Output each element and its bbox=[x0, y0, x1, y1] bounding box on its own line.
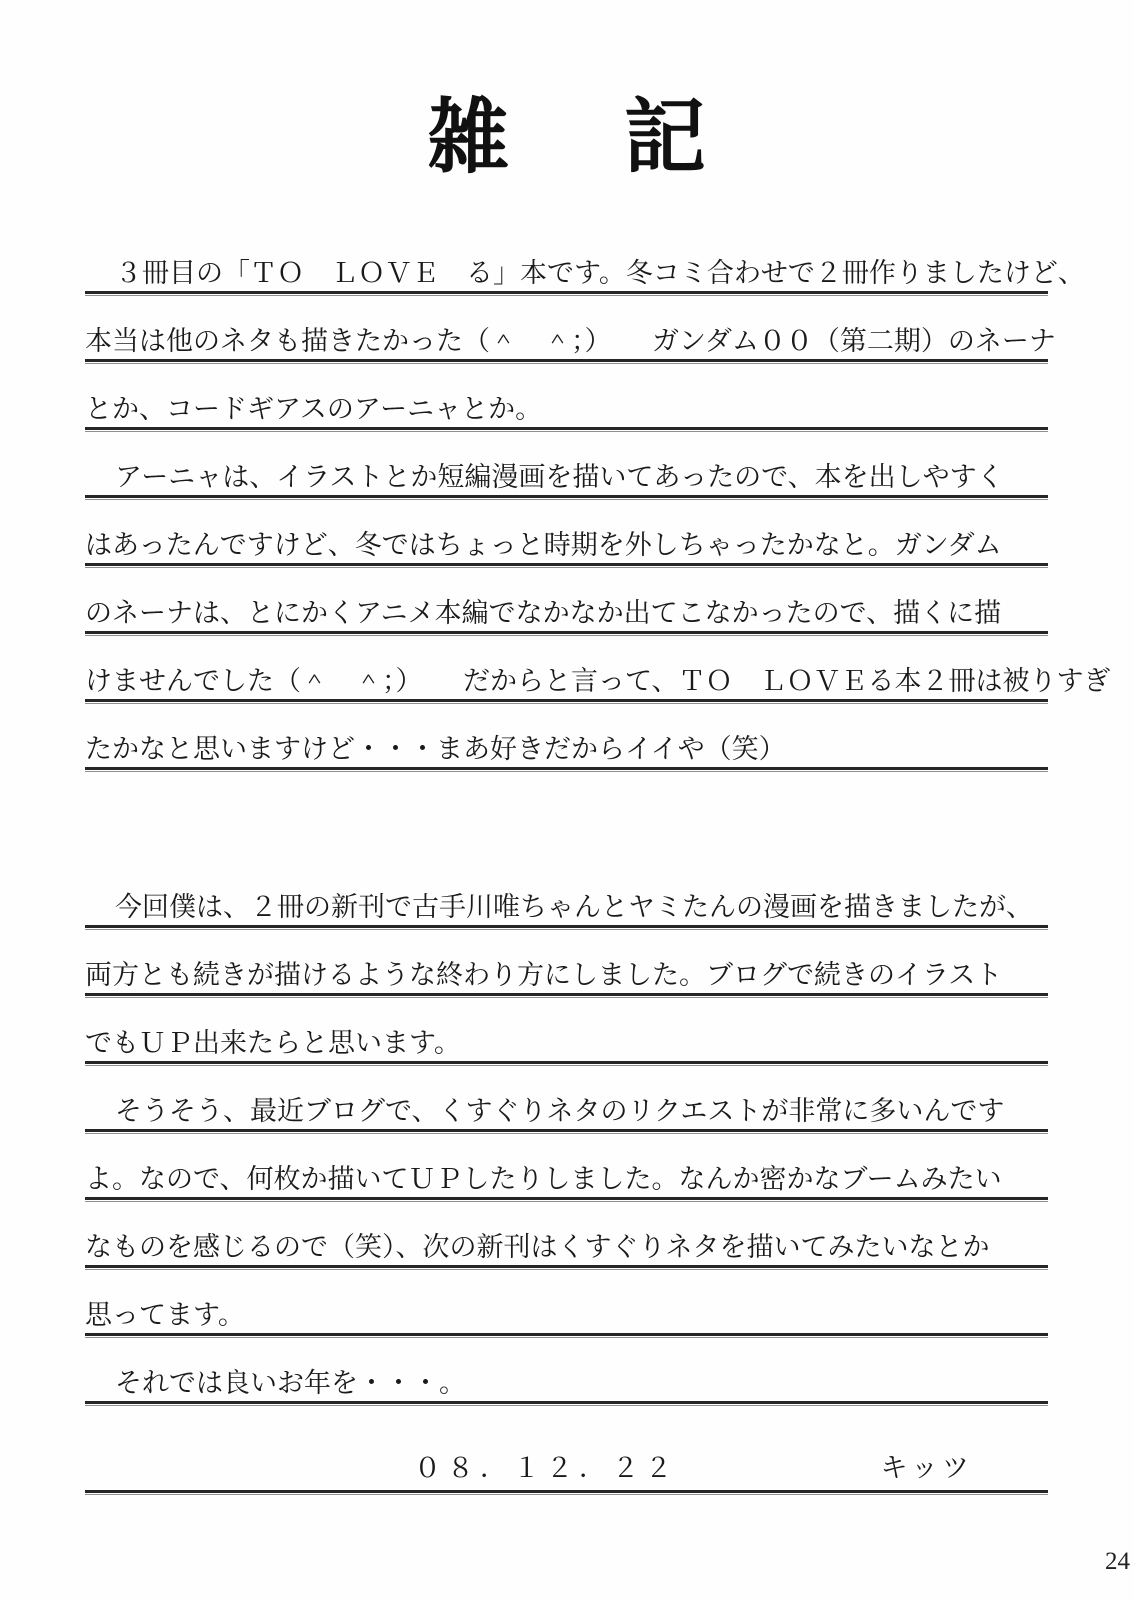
text-line-content: よ。なので、何枚か描いてＵＰしたりしました。なんか密かなブームみたい bbox=[85, 1166, 1002, 1193]
signature-row: ０８．１２．２２ キッツ bbox=[85, 1406, 1048, 1495]
text-line-content: アーニャは、イラストとか短編漫画を描いてあったので、本を出しやすく bbox=[85, 464, 1004, 491]
text-line: それでは良いお年を・・・。 bbox=[85, 1338, 1048, 1406]
text-line-content: とか、コードギアスのアーニャとか。 bbox=[85, 396, 542, 423]
text-line-content: はあったんですけど、冬ではちょっと時期を外しちゃったかなと。ガンダム bbox=[85, 532, 1002, 559]
text-line-content: ３冊目の「ＴＯ ＬＯＶＥ る」本です。冬コミ合わせで２冊作りましたけど、 bbox=[85, 260, 1085, 287]
text-line: よ。なので、何枚か描いてＵＰしたりしました。なんか密かなブームみたい bbox=[85, 1134, 1048, 1202]
text-line-content: でもＵＰ出来たらと思います。 bbox=[85, 1030, 461, 1057]
text-line: 思ってます。 bbox=[85, 1270, 1048, 1338]
signature-author: キッツ bbox=[881, 1446, 973, 1485]
text-line-content: けませんでした（＾ ＾；） だからと言って、ＴＯ ＬＯＶＥる本２冊は被りすぎ bbox=[85, 668, 1110, 695]
text-line: たかなと思いますけど・・・まあ好きだからイイや（笑） bbox=[85, 704, 1048, 772]
text-body: ３冊目の「ＴＯ ＬＯＶＥ る」本です。冬コミ合わせで２冊作りましたけど、 本当は… bbox=[85, 228, 1048, 1495]
text-line: のネーナは、とにかくアニメ本編でなかなか出てこなかったので、描くに描 bbox=[85, 568, 1048, 636]
text-line: 両方とも続きが描けるような終わり方にしました。ブログで続きのイラスト bbox=[85, 930, 1048, 998]
text-line-content: それでは良いお年を・・・。 bbox=[85, 1370, 466, 1397]
text-line: なものを感じるので（笑）、次の新刊はくすぐりネタを描いてみたいなとか bbox=[85, 1202, 1048, 1270]
text-line: 今回僕は、２冊の新刊で古手川唯ちゃんとヤミたんの漫画を描きましたが、 bbox=[85, 862, 1048, 930]
signature-date: ０８．１２．２２ bbox=[414, 1446, 678, 1485]
ruled-underline bbox=[85, 1490, 1048, 1495]
text-line-content: 今回僕は、２冊の新刊で古手川唯ちゃんとヤミたんの漫画を描きましたが、 bbox=[85, 894, 1033, 921]
page-number: 24 bbox=[1105, 1548, 1130, 1576]
text-line: ３冊目の「ＴＯ ＬＯＶＥ る」本です。冬コミ合わせで２冊作りましたけど、 bbox=[85, 228, 1048, 296]
text-line: けませんでした（＾ ＾；） だからと言って、ＴＯ ＬＯＶＥる本２冊は被りすぎ bbox=[85, 636, 1048, 704]
text-line-content: 思ってます。 bbox=[85, 1302, 245, 1329]
document-page: 雑 記 ３冊目の「ＴＯ ＬＯＶＥ る」本です。冬コミ合わせで２冊作りましたけど、… bbox=[0, 0, 1133, 1600]
text-line-content: たかなと思いますけど・・・まあ好きだからイイや（笑） bbox=[85, 736, 786, 763]
text-line: そうそう、最近ブログで、くすぐりネタのリクエストが非常に多いんです bbox=[85, 1066, 1048, 1134]
text-line-content: なものを感じるので（笑）、次の新刊はくすぐりネタを描いてみたいなとか bbox=[85, 1234, 990, 1261]
text-line: 本当は他のネタも描きたかった（＾ ＾；） ガンダム００（第二期）のネーナ bbox=[85, 296, 1048, 364]
text-line: とか、コードギアスのアーニャとか。 bbox=[85, 364, 1048, 432]
text-line-content: 両方とも続きが描けるような終わり方にしました。ブログで続きのイラスト bbox=[85, 962, 1002, 989]
ruled-underline bbox=[85, 767, 1048, 772]
page-title: 雑 記 bbox=[0, 72, 1133, 189]
text-line: はあったんですけど、冬ではちょっと時期を外しちゃったかなと。ガンダム bbox=[85, 500, 1048, 568]
text-line-content: そうそう、最近ブログで、くすぐりネタのリクエストが非常に多いんです bbox=[85, 1098, 1004, 1125]
text-line: でもＵＰ出来たらと思います。 bbox=[85, 998, 1048, 1066]
text-line: アーニャは、イラストとか短編漫画を描いてあったので、本を出しやすく bbox=[85, 432, 1048, 500]
text-line-content: のネーナは、とにかくアニメ本編でなかなか出てこなかったので、描くに描 bbox=[85, 600, 1001, 627]
text-line-content: 本当は他のネタも描きたかった（＾ ＾；） ガンダム００（第二期）のネーナ bbox=[85, 328, 1056, 355]
